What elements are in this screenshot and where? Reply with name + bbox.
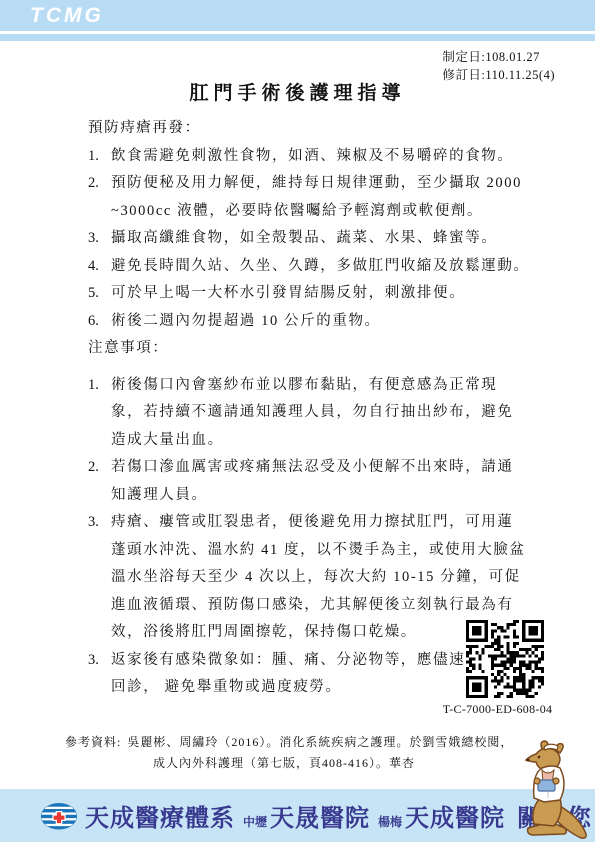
section-heading: 注意事項： [88,335,548,363]
reference-block: 參考資料: 吳麗彬、周繡玲（2016）。消化系統疾病之護理。於劉雪娥總校閱， 成… [65,732,535,774]
item-number: 3. [88,225,111,253]
item-line: 攝取高纖維食物，如全殼製品、蔬菜、水果、蜂蜜等。 [111,225,548,253]
item-number: 1. [88,372,111,455]
tcmg-logo-text: TCMG [30,4,104,28]
item-line: 痔瘡、瘻管或肛裂患者，便後避免用力擦拭肛門，可用蓮 [111,509,548,537]
hospital-cross-logo-icon [40,802,78,830]
list-item: 6.術後二週內勿提超過 10 公斤的重物。 [88,308,548,336]
section-heading: 預防痔瘡再發： [88,115,548,143]
item-text: 攝取高纖維食物，如全殼製品、蔬菜、水果、蜂蜜等。 [111,225,548,253]
item-text: 若傷口滲血厲害或疼痛無法忍受及小便解不出來時，請通知護理人員。 [111,454,548,509]
item-line: 若傷口滲血厲害或疼痛無法忍受及小便解不出來時，請通 [111,454,548,482]
item-line: 蓬頭水沖洗、溫水約 41 度，以不燙手為主，或使用大臉盆 [111,537,548,565]
item-line: 飲食需避免刺激性食物，如酒、辣椒及不易嚼碎的食物。 [111,143,548,171]
item-number: 2. [88,170,111,225]
qr-code [466,620,544,698]
item-line: 術後傷口內會塞紗布並以膠布黏貼，有便意感為正常現 [111,372,548,400]
item-text: 預防便秘及用力解便，維持每日規律運動，至少攝取 2000~3000cc 液體，必… [111,170,548,225]
item-number: 3. [88,509,111,647]
item-number: 2. [88,454,111,509]
reference-line-1: 吳麗彬、周繡玲（2016）。消化系統疾病之護理。於劉雪娥總校閱， [127,732,513,753]
item-text: 術後二週內勿提超過 10 公斤的重物。 [111,308,548,336]
list-item: 3.攝取高纖維食物，如全殼製品、蔬菜、水果、蜂蜜等。 [88,225,548,253]
item-text: 避免長時間久站、久坐、久蹲，多做肛門收縮及放鬆運動。 [111,253,548,281]
header-bar: TCMG [0,0,595,31]
list-item: 5.可於早上喝一大杯水引發胃結腸反射，刺激排便。 [88,280,548,308]
list-item: 2.若傷口滲血厲害或疼痛無法忍受及小便解不出來時，請通知護理人員。 [88,454,548,509]
document-code: T-C-7000-ED-608-04 [430,702,565,717]
page-title: 肛門手術後護理指導 [0,78,595,105]
item-text: 飲食需避免刺激性食物，如酒、辣椒及不易嚼碎的食物。 [111,143,548,171]
reference-label: 參考資料: [65,732,121,753]
item-text: 術後傷口內會塞紗布並以膠布黏貼，有便意感為正常現象，若持續不適請通知護理人員，勿… [111,372,548,455]
body-sections: 預防痔瘡再發：1.飲食需避免刺激性食物，如酒、辣椒及不易嚼碎的食物。2.預防便秘… [88,115,548,702]
header-accent-strip [0,34,595,41]
kangaroo-doctor-mascot-icon [508,740,592,842]
item-number: 1. [88,143,111,171]
list-item: 4.避免長時間久站、久坐、久蹲，多做肛門收縮及放鬆運動。 [88,253,548,281]
list-item: 2.預防便秘及用力解便，維持每日規律運動，至少攝取 2000~3000cc 液體… [88,170,548,225]
item-text: 可於早上喝一大杯水引發胃結腸反射，刺激排便。 [111,280,548,308]
campus-label-yangmei: 楊梅 [378,813,402,830]
list-item: 1.飲食需避免刺激性食物，如酒、辣椒及不易嚼碎的食物。 [88,143,548,171]
footer-bar: 天成醫療體系 中壢 天晟醫院 楊梅 天成醫院 關心您 [0,789,595,842]
hospital-name-tiancheng: 天成醫院 [405,798,505,833]
document-page: TCMG 制定日:108.01.27 修訂日:110.11.25(4) 肛門手術… [0,0,595,842]
item-line: 造成大量出血。 [111,427,548,455]
item-number: 5. [88,280,111,308]
item-line: 術後二週內勿提超過 10 公斤的重物。 [111,308,548,336]
item-number: 4. [88,253,111,281]
campus-label-zhongli: 中壢 [243,813,267,830]
item-line: 知護理人員。 [111,482,548,510]
hospital-name-tiansheng: 天晟醫院 [270,798,370,833]
list-item: 1.術後傷口內會塞紗布並以膠布黏貼，有便意感為正常現象，若持續不適請通知護理人員… [88,372,548,455]
item-line: 象，若持續不適請通知護理人員，勿自行抽出紗布，避免 [111,399,548,427]
item-line: 避免長時間久站、久坐、久蹲，多做肛門收縮及放鬆運動。 [111,253,548,281]
brand-name: 天成醫療體系 [85,798,235,833]
item-line: 可於早上喝一大杯水引發胃結腸反射，刺激排便。 [111,280,548,308]
item-line: ~3000cc 液體，必要時依醫囑給予輕瀉劑或軟便劑。 [111,198,548,226]
item-line: 溫水坐浴每天至少 4 次以上，每次大約 10-15 分鐘，可促 [111,564,548,592]
item-line: 預防便秘及用力解便，維持每日規律運動，至少攝取 2000 [111,170,548,198]
item-line: 進血液循環、預防傷口感染，尤其解便後立刻執行最為有 [111,592,548,620]
item-number: 3. [88,647,111,702]
item-number: 6. [88,308,111,336]
date-created: 制定日:108.01.27 [442,48,555,66]
reference-line-2: 成人內外科護理（第七版，頁408-416）。華杏 [153,753,535,774]
section: 預防痔瘡再發：1.飲食需避免刺激性食物，如酒、辣椒及不易嚼碎的食物。2.預防便秘… [88,115,548,335]
